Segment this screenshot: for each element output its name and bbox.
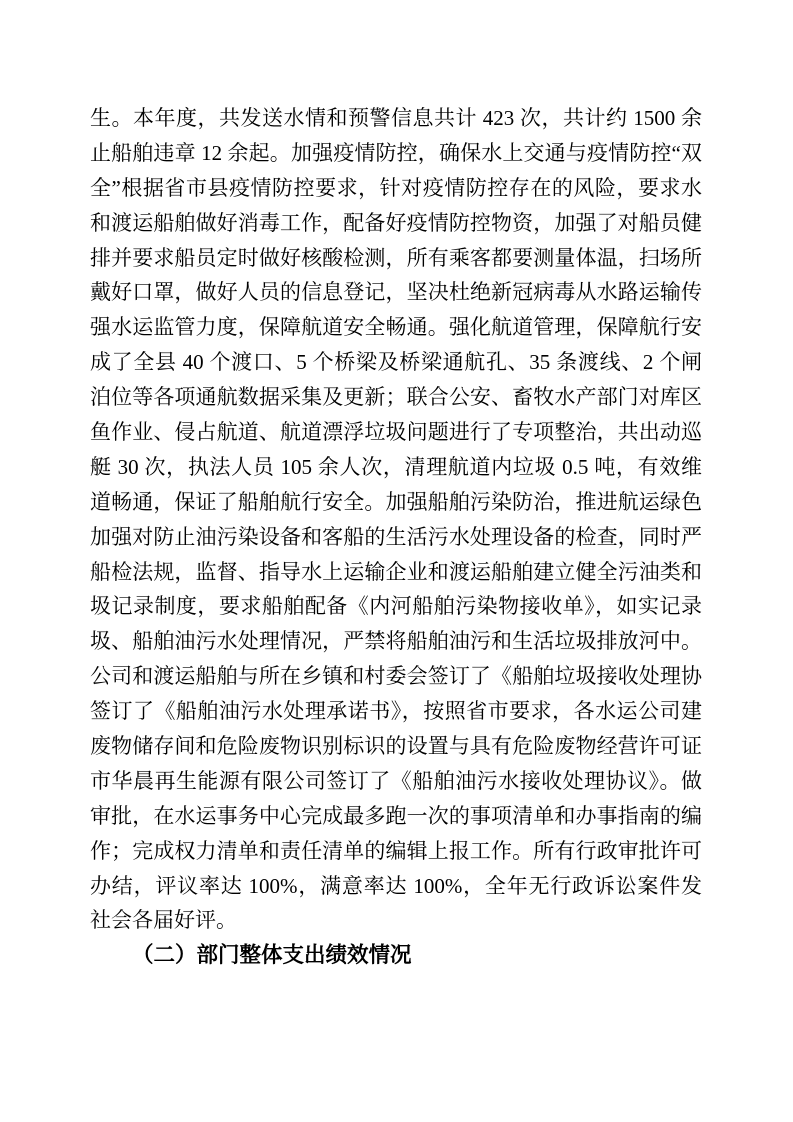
paragraph-closing-line: 社会各届好评。 <box>90 903 702 938</box>
paragraph-line: 签订了《船舶油污水处理承诺书》，按照省市要求，各水运公司建立了危 <box>90 694 702 729</box>
paragraph-line: 排并要求船员定时做好核酸检测，所有乘客都要测量体温，扫场所码，佩 <box>90 241 702 276</box>
paragraph-line: 审批，在水运事务中心完成最多跑一次的事项清单和办事指南的编辑工 <box>90 799 702 834</box>
paragraph-line: 市华晨再生能源有限公司签订了《船舶油污水接收处理协议》。做好行政 <box>90 764 702 799</box>
paragraph-line: 加强对防止油污染设备和客船的生活污水处理设备的检查，同时严格按照 <box>90 520 702 555</box>
paragraph-line: 强水运监管力度，保障航道安全畅通。强化航道管理，保障航行安全。完 <box>90 310 702 345</box>
paragraph-line: 生。本年度，共发送水情和预警信息共计 423 次，共计约 1500 余条，制 <box>90 101 702 136</box>
paragraph-line: 和渡运船舶做好消毒工作，配备好疫情防控物资，加强了对船员健康的摸 <box>90 206 702 241</box>
paragraph-line: 废物储存间和危险废物识别标识的设置与具有危险废物经营许可证的永州 <box>90 729 702 764</box>
paragraph-line: 圾、船舶油污水处理情况，严禁将船舶油污和生活垃圾排放河中。要求各 <box>90 624 702 659</box>
paragraph-line: 作；完成权力清单和责任清单的编辑上报工作。所有行政审批许可都按时 <box>90 834 702 869</box>
paragraph-line: 戴好口罩，做好人员的信息登记，坚决杜绝新冠病毒从水路运输传播。加 <box>90 275 702 310</box>
paragraph-line: 全”根据省市县疫情防控要求，针对疫情防控存在的风险，要求水运公司 <box>90 171 702 206</box>
report-paragraph: 生。本年度，共发送水情和预警信息共计 423 次，共计约 1500 余条，制止船… <box>90 101 702 903</box>
paragraph-line: 船检法规，监督、指导水上运输企业和渡运船舶建立健全污油类和船舶垃 <box>90 555 702 590</box>
document-page: 生。本年度，共发送水情和预警信息共计 423 次，共计约 1500 余条，制止船… <box>0 0 793 1122</box>
paragraph-line: 鱼作业、侵占航道、航道漂浮垃圾问题进行了专项整治，共出动巡逻执法 <box>90 415 702 450</box>
paragraph-line: 道畅通，保证了船舶航行安全。加强船舶污染防治，推进航运绿色发展。 <box>90 485 702 520</box>
paragraph-line: 泊位等各项通航数据采集及更新；联合公安、畜牧水产部门对库区非法捕 <box>90 380 702 415</box>
report-text-column: 生。本年度，共发送水情和预警信息共计 423 次，共计约 1500 余条，制止船… <box>90 101 702 973</box>
paragraph-line: 成了全县 40 个渡口、5 个桥梁及桥梁通航孔、35 条渡线、2 个闸坝、3 个 <box>90 345 702 380</box>
paragraph-line: 办结，评议率达 100%，满意率达 100%，全年无行政诉讼案件发生，受到 <box>90 869 702 904</box>
paragraph-line: 艇 30 次，执法人员 105 余人次，清理航道内垃圾 0.5 吨，有效维护了航 <box>90 450 702 485</box>
paragraph-line: 圾记录制度，要求船舶配备《内河船舶污染物接收单》，如实记录船舶垃 <box>90 589 702 624</box>
paragraph-line: 公司和渡运船舶与所在乡镇和村委会签订了《船舶垃圾接收处理协议》， <box>90 659 702 694</box>
paragraph-line: 止船舶违章 12 余起。加强疫情防控，确保水上交通与疫情防控“双安 <box>90 136 702 171</box>
section-heading: （二）部门整体支出绩效情况 <box>90 938 702 973</box>
